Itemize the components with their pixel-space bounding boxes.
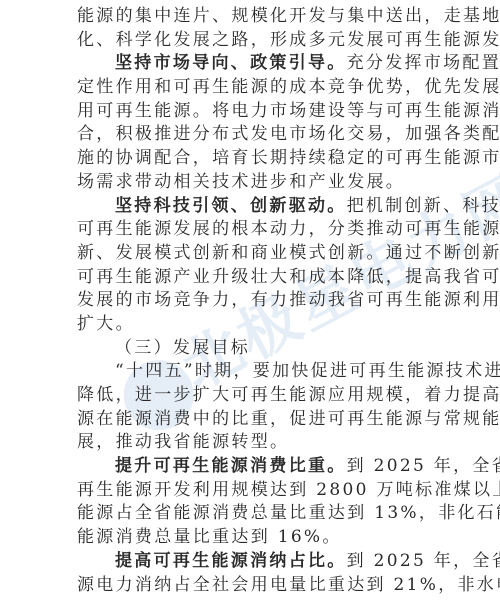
line-text: 定性作用和可再生能源的成本竞争优势，优先发展、优先利: [77, 77, 500, 97]
text-line: 扩大。: [77, 313, 429, 337]
line-text: 化、科学化发展之路，形成多元发展可再生能源发展模式。: [77, 30, 500, 50]
text-line: 施的协调配合，培育长期持续稳定的可再生能源市场，以市: [77, 147, 429, 171]
text-line: 再生能源开发利用规模达到 2800 万吨标准煤以上，可再生: [77, 479, 429, 503]
line-text: 可再生能源产业升级壮大和成本降低，提高我省可再生能源: [77, 267, 500, 287]
line-text: 再生能源开发利用规模达到 2800 万吨标准煤以上，可再生: [77, 480, 500, 500]
text-line: 合，积极推进分布式发电市场化交易，加强各类配套政策措: [77, 123, 429, 147]
text-line: 场需求带动相关技术进步和产业发展。: [77, 171, 429, 195]
line-text: 施的协调配合，培育长期持续稳定的可再生能源市场，以市: [77, 148, 500, 168]
text-line: 可再生能源产业升级壮大和成本降低，提高我省可再生能源: [77, 266, 429, 290]
line-text: 合，积极推进分布式发电市场化交易，加强各类配套政策措: [77, 124, 500, 144]
paragraph-heading: 提升可再生能源消费比重。: [115, 456, 347, 476]
text-line: 坚持科技引领、创新驱动。把机制创新、科技创新作为: [77, 195, 429, 219]
line-text: 能源消费总量比重达到 16%。: [77, 527, 342, 547]
line-text: 能源占全省能源消费总量比重达到 13%，非化石能源占全省: [77, 503, 500, 523]
line-text: “十四五”时期，要加快促进可再生能源技术进步和成本: [115, 361, 500, 381]
paragraph-heading: 提高可再生能源消纳占比。: [115, 551, 347, 571]
text-line: 源在能源消费中的比重，促进可再生能源与常规能源融合发: [77, 408, 429, 432]
text-line: 展，推动我省能源转型。: [77, 431, 429, 455]
text-line: 可再生能源发展的根本动力，分类推动可再生能源技术创: [77, 218, 429, 242]
line-text: （三）发展目标: [115, 338, 250, 358]
line-text: 用可再生能源。将电力市场建设等与可再生能源消纳有效结: [77, 101, 500, 121]
text-line: 能源消费总量比重达到 16%。: [77, 526, 429, 550]
line-text: 到 2025 年，全省全口径可: [347, 456, 500, 476]
line-text: 扩大。: [77, 314, 135, 334]
text-line: 化、科学化发展之路，形成多元发展可再生能源发展模式。: [77, 29, 429, 53]
text-line: 发展的市场竞争力，有力推动我省可再生能源利用规模不断: [77, 289, 429, 313]
line-text: 把机制创新、科技创新作为: [347, 196, 500, 216]
line-text: 新、发展模式创新和商业模式创新。通过不断创新促进省内: [77, 243, 500, 263]
text-line: 坚持市场导向、政策引导。充分发挥市场配置资源的决: [77, 52, 429, 76]
text-line: “十四五”时期，要加快促进可再生能源技术进步和成本: [77, 360, 429, 384]
line-text: 展，推动我省能源转型。: [77, 432, 289, 452]
text-line: 定性作用和可再生能源的成本竞争优势，优先发展、优先利: [77, 76, 429, 100]
paragraph-heading: 坚持市场导向、政策引导。: [115, 53, 347, 73]
text-line: 提高可再生能源消纳占比。到 2025 年，全省可再生能: [77, 550, 429, 574]
text-line: 能源占全省能源消费总量比重达到 13%，非化石能源占全省: [77, 502, 429, 526]
line-text: 源在能源消费中的比重，促进可再生能源与常规能源融合发: [77, 409, 500, 429]
text-line: 用可再生能源。将电力市场建设等与可再生能源消纳有效结: [77, 100, 429, 124]
line-text: 充分发挥市场配置资源的决: [347, 53, 500, 73]
line-text: 场需求带动相关技术进步和产业发展。: [77, 172, 405, 192]
line-text: 到 2025 年，全省可再生能: [347, 551, 500, 571]
line-text: 源电力消纳占全社会用电量比重达到 21%，非水电可再生能: [77, 575, 500, 595]
line-text: 能源的集中连片、规模化开发与集中送出，走基地化、集约: [77, 6, 500, 26]
text-line: 能源的集中连片、规模化开发与集中送出，走基地化、集约: [77, 5, 429, 29]
text-line: 源电力消纳占全社会用电量比重达到 21%，非水电可再生能: [77, 574, 429, 598]
text-line: 降低，进一步扩大可再生能源应用规模，着力提高可再生能: [77, 384, 429, 408]
line-text: 降低，进一步扩大可再生能源应用规模，着力提高可再生能: [77, 385, 500, 405]
paragraph-heading: 坚持科技引领、创新驱动。: [115, 196, 347, 216]
text-line: （三）发展目标: [77, 337, 429, 361]
document-page: 能源的集中连片、规模化开发与集中送出，走基地化、集约化、科学化发展之路，形成多元…: [77, 5, 429, 597]
text-line: 提升可再生能源消费比重。到 2025 年，全省全口径可: [77, 455, 429, 479]
line-text: 发展的市场竞争力，有力推动我省可再生能源利用规模不断: [77, 290, 500, 310]
line-text: 可再生能源发展的根本动力，分类推动可再生能源技术创: [77, 219, 500, 239]
text-line: 新、发展模式创新和商业模式创新。通过不断创新促进省内: [77, 242, 429, 266]
